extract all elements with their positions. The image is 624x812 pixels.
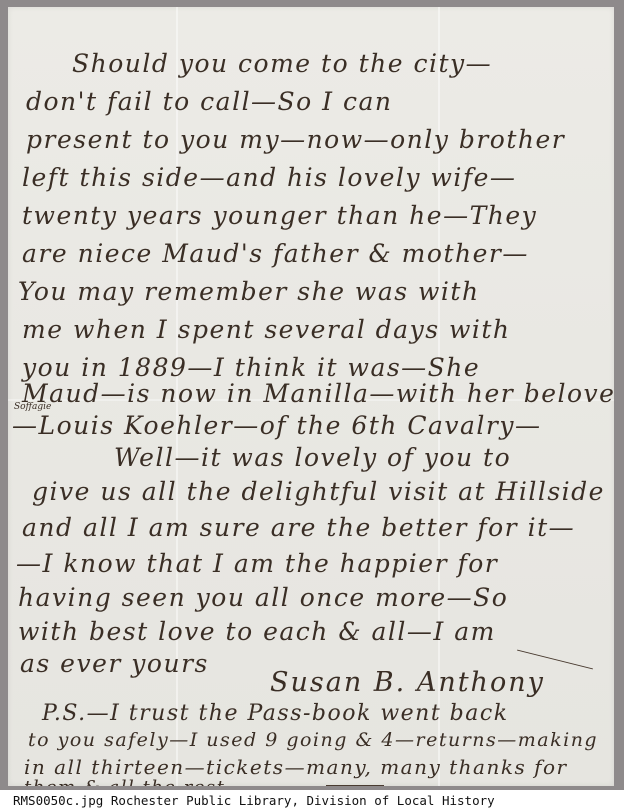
signature: Susan B. Anthony: [270, 667, 545, 698]
postscript-line: P.S.—I trust the Pass-book went back: [42, 701, 509, 726]
letter-line: Well—it was lovely of you to: [114, 443, 511, 472]
letter-line: don't fail to call—So I can: [26, 87, 393, 116]
letter-line: —I know that I am the happier for: [16, 549, 498, 578]
scan-frame: Should you come to the city— don't fail …: [0, 0, 624, 790]
letter-line: having seen you all once more—So: [18, 583, 508, 612]
letter-line: with best love to each & all—I am: [18, 617, 496, 646]
letter-line: as ever yours: [20, 649, 209, 678]
letter-line: Should you come to the city—: [72, 49, 492, 78]
pen-flourish: [326, 785, 384, 786]
letter-line: present to you my—now—only brother: [26, 125, 565, 154]
letter-line: You may remember she was with: [18, 277, 480, 306]
letter-line: me when I spent several days with: [22, 315, 511, 344]
letter-line: give us all the delightful visit at Hill…: [32, 477, 605, 506]
letter-page: Should you come to the city— don't fail …: [8, 7, 614, 786]
letter-line: left this side—and his lovely wife—: [22, 163, 516, 192]
letter-line: are niece Maud's father & mother—: [22, 239, 529, 268]
letter-line: —Louis Koehler—of the 6th Cavalry—: [12, 411, 542, 440]
letter-line: you in 1889—I think it was—She: [22, 353, 480, 382]
letter-line: and all I am sure are the better for it—: [22, 513, 575, 542]
postscript-line: to you safely—I used 9 going & 4—returns…: [28, 729, 598, 751]
image-caption: RMS0050c.jpg Rochester Public Library, D…: [0, 790, 624, 812]
postscript-line: in all thirteen—tickets—many, many thank…: [24, 755, 568, 779]
letter-line: twenty years younger than he—They: [22, 201, 537, 230]
postscript-line: them & all the rest.: [24, 777, 233, 786]
letter-line: Maud—is now in Manilla—with her beloved: [22, 379, 614, 408]
